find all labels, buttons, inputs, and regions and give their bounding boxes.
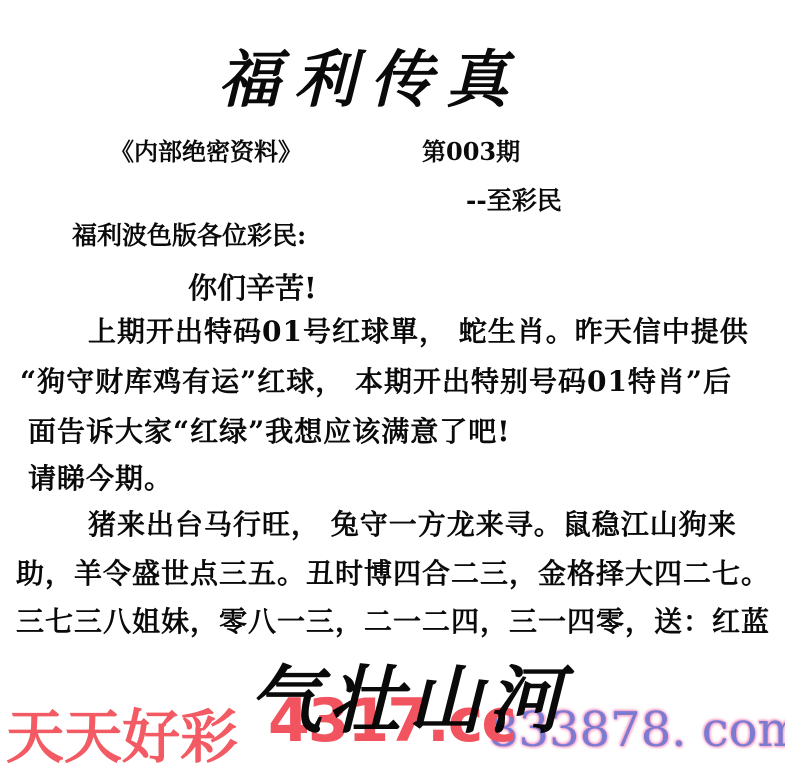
watermark-brand: 天天好彩: [6, 690, 238, 772]
salutation: 福利波色版各位彩民:: [72, 216, 306, 252]
fax-sheet: 福利传真 《内部绝密资料》 第003期 --至彩民 福利波色版各位彩民: 你们辛…: [0, 0, 785, 772]
greeting: 你们辛苦!: [188, 266, 317, 307]
paragraph1-line3: 面告诉大家“红绿”我想应该满意了吧!: [28, 410, 511, 450]
issue-number: 第003期: [422, 132, 520, 167]
paragraph1-line2: “狗守财库鸡有运”红球， 本期开出特别号码01特肖”后: [20, 360, 732, 400]
paragraph1-line1: 上期开出特码01号红球單， 蛇生肖。昨天信中提供: [88, 310, 749, 350]
classification-label: 《内部绝密资料》: [110, 132, 302, 167]
paragraph2-line3: 三七三八姐妹，零八一三，二一二四，三一四零，送：红蓝: [16, 600, 770, 640]
paragraph2-line1: 猪来出台马行旺， 兔守一方龙来寻。鼠稳江山狗来: [88, 503, 737, 543]
seal-calligraphy: 气壮山河: [248, 642, 568, 748]
page-title: 福利传真: [0, 30, 740, 119]
byline: --至彩民: [466, 181, 562, 217]
paragraph1-line4: 请睇今期。: [28, 457, 173, 497]
paragraph2-line2: 助，羊令盛世点三五。丑时博四合二三，金格择大四二七。: [16, 552, 770, 592]
